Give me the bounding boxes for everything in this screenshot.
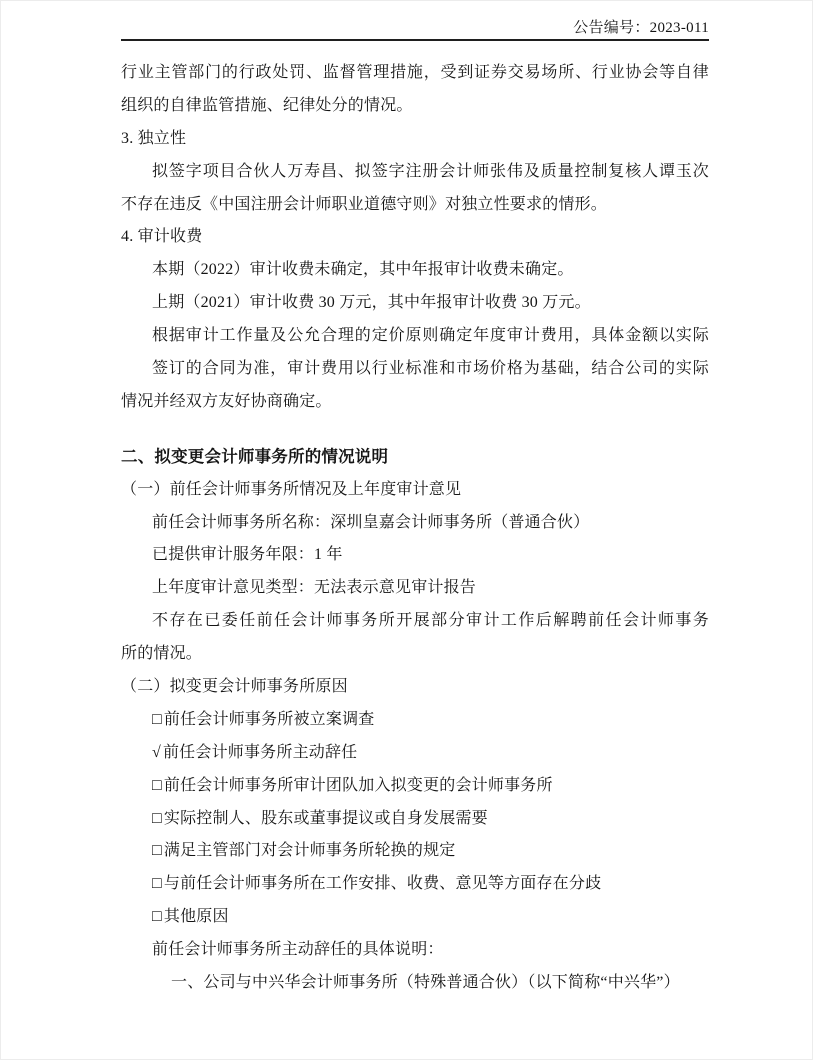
subsection-2-heading: （二）拟变更会计师事务所原因 [121, 671, 709, 704]
checkbox-label: 实际控制人、股东或董事提议或自身发展需要 [164, 810, 488, 827]
checkbox-label: 前任会计师事务所审计团队加入拟变更的会计师事务所 [164, 777, 553, 794]
checkbox-label: 满足主管部门对会计师事务所轮换的规定 [164, 842, 456, 859]
checkbox-option-disagreements: □与前任会计师事务所在工作安排、收费、意见等方面存在分歧 [121, 868, 709, 901]
checkbox-unchecked-icon: □ [152, 704, 162, 737]
text-line: 不存在已委任前任会计师事务所开展部分审计工作后解聘前任会计师事务 [121, 605, 709, 638]
checkbox-label: 前任会计师事务所主动辞任 [163, 744, 357, 761]
text-line: 签订的合同为准，审计费用以行业标准和市场价格为基础，结合公司的实际 [121, 353, 709, 386]
text-line: 组织的自律监管措施、纪律处分的情况。 [121, 90, 709, 123]
text-line: 不存在违反《中国注册会计师职业道德守则》对独立性要求的情形。 [121, 189, 709, 222]
list-item-3-independence: 3. 独立性 [121, 123, 709, 156]
section-2-heading: 二、拟变更会计师事务所的情况说明 [121, 441, 709, 474]
checkbox-label: 前任会计师事务所被立案调查 [164, 711, 375, 728]
subsection-1-heading: （一）前任会计师事务所情况及上年度审计意见 [121, 474, 709, 507]
text-line: 所的情况。 [121, 638, 709, 671]
paragraph-gap [121, 419, 709, 441]
checkbox-option-rotation-rule: □满足主管部门对会计师事务所轮换的规定 [121, 835, 709, 868]
text-line: 行业主管部门的行政处罚、监督管理措施，受到证券交易场所、行业协会等自律 [121, 57, 709, 90]
text-line: 上年度审计意见类型：无法表示意见审计报告 [121, 572, 709, 605]
checkbox-option-under-investigation: □前任会计师事务所被立案调查 [121, 704, 709, 737]
checkbox-option-other-reasons: □其他原因 [121, 901, 709, 934]
text-line: 上期（2021）审计收费 30 万元，其中年报审计收费 30 万元。 [121, 287, 709, 320]
checkbox-label: 与前任会计师事务所在工作安排、收费、意见等方面存在分歧 [164, 875, 601, 892]
checkmark-icon: √ [152, 737, 161, 770]
text-line: 本期（2022）审计收费未确定，其中年报审计收费未确定。 [121, 254, 709, 287]
page-header: 公告编号：2023-011 [121, 1, 709, 41]
text-line: 已提供审计服务年限：1 年 [121, 539, 709, 572]
checkbox-unchecked-icon: □ [152, 868, 162, 901]
text-line: 前任会计师事务所名称：深圳皇嘉会计师事务所（普通合伙） [121, 507, 709, 540]
checkbox-unchecked-icon: □ [152, 770, 162, 803]
checkbox-option-voluntary-resignation: √前任会计师事务所主动辞任 [121, 737, 709, 770]
checkbox-unchecked-icon: □ [152, 835, 162, 868]
text-line: 根据审计工作量及公允合理的定价原则确定年度审计费用，具体金额以实际 [121, 320, 709, 353]
text-line: 情况并经双方友好协商确定。 [121, 386, 709, 419]
checkbox-unchecked-icon: □ [152, 901, 162, 934]
text-line: 一、公司与中兴华会计师事务所（特殊普通合伙）（以下简称“中兴华”） [121, 967, 709, 1000]
checkbox-unchecked-icon: □ [152, 803, 162, 836]
text-line: 拟签字项目合伙人万寿昌、拟签字注册会计师张伟及质量控制复核人谭玉次 [121, 156, 709, 189]
list-item-4-audit-fees: 4. 审计收费 [121, 221, 709, 254]
document-page: 公告编号：2023-011 行业主管部门的行政处罚、监督管理措施，受到证券交易场… [0, 0, 813, 1060]
checkbox-label: 其他原因 [164, 908, 229, 925]
checkbox-option-controller-proposal: □实际控制人、股东或董事提议或自身发展需要 [121, 803, 709, 836]
announcement-number: 公告编号：2023-011 [573, 16, 709, 37]
document-body: 行业主管部门的行政处罚、监督管理措施，受到证券交易场所、行业协会等自律 组织的自… [121, 57, 709, 1000]
checkbox-option-team-joined-new-firm: □前任会计师事务所审计团队加入拟变更的会计师事务所 [121, 770, 709, 803]
text-line: 前任会计师事务所主动辞任的具体说明： [121, 934, 709, 967]
